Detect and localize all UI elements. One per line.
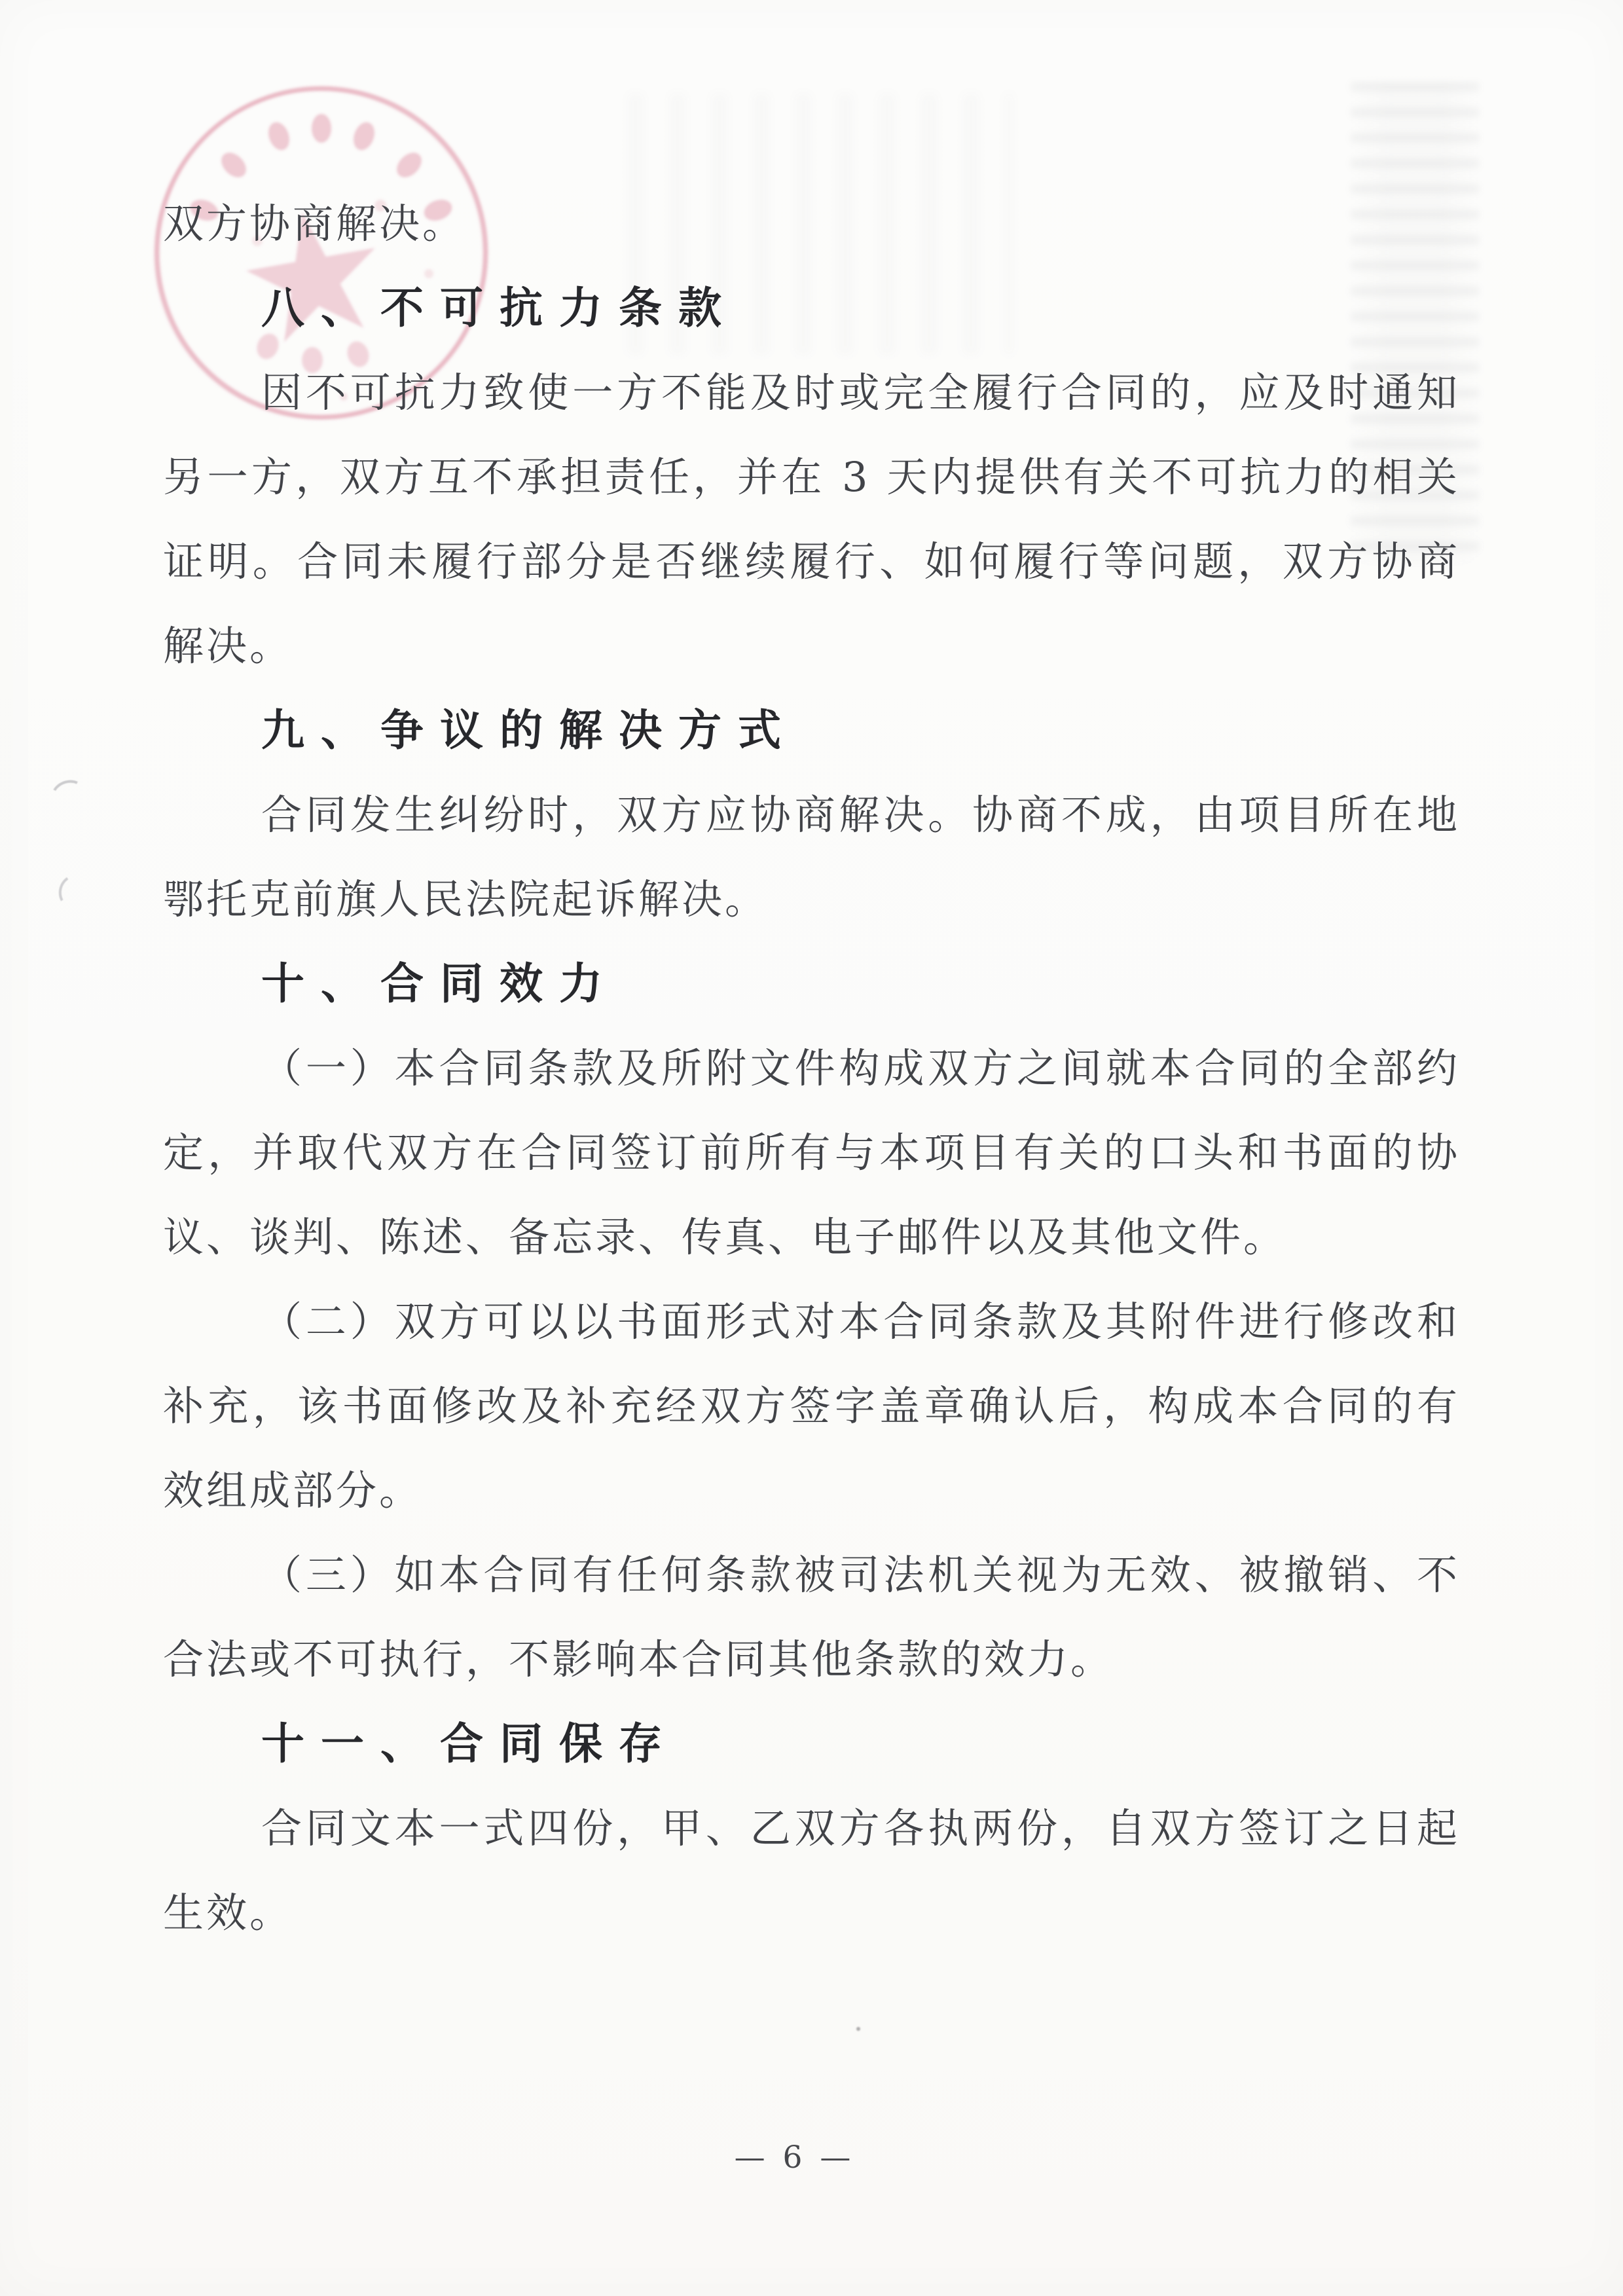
paragraph-line: 因不可抗力致使一方不能及时或完全履行合同的，应及时通知 xyxy=(163,350,1460,435)
paragraph-line: 合同发生纠纷时，双方应协商解决。协商不成，由项目所在地 xyxy=(163,773,1460,857)
paragraph-line: 生效。 xyxy=(163,1870,1460,1955)
paragraph-line: 鄂托克前旗人民法院起诉解决。 xyxy=(163,857,1460,941)
paragraph-line: 补充，该书面修改及补充经双方签字盖章确认后，构成本合同的有 xyxy=(163,1364,1460,1448)
contract-body: 双方协商解决。 八、不可抗力条款 因不可抗力致使一方不能及时或完全履行合同的，应… xyxy=(163,181,1460,1955)
paragraph-line: 解决。 xyxy=(163,604,1460,688)
section-heading-9: 九、争议的解决方式 xyxy=(163,688,1460,773)
paragraph-line: 定，并取代双方在合同签订前所有与本项目有关的口头和书面的协 xyxy=(163,1110,1460,1195)
paragraph-line: 证明。合同未履行部分是否继续履行、如何履行等问题，双方协商 xyxy=(163,519,1460,604)
scan-artifact-dot xyxy=(856,2027,860,2031)
paragraph-line: 合同文本一式四份，甲、乙双方各执两份，自双方签订之日起 xyxy=(163,1786,1460,1870)
paragraph-line: 合法或不可执行，不影响本合同其他条款的效力。 xyxy=(163,1617,1460,1702)
page-number: — 6 — xyxy=(0,2140,1589,2176)
paragraph-line: （二）双方可以以书面形式对本合同条款及其附件进行修改和 xyxy=(163,1279,1460,1364)
scan-artifact-margin-mark xyxy=(55,871,92,912)
paragraph-line: （一）本合同条款及所附文件构成双方之间就本合同的全部约 xyxy=(163,1026,1460,1110)
paragraph-line: 效组成部分。 xyxy=(163,1448,1460,1533)
section-heading-10: 十、合同效力 xyxy=(163,941,1460,1026)
section-heading-8: 八、不可抗力条款 xyxy=(163,266,1460,350)
paragraph-line: 另一方，双方互不承担责任，并在 3 天内提供有关不可抗力的相关 xyxy=(163,435,1460,519)
paragraph-line: 双方协商解决。 xyxy=(163,181,1460,266)
paragraph-line: （三）如本合同有任何条款被司法机关视为无效、被撤销、不 xyxy=(163,1533,1460,1617)
scan-artifact-margin-mark xyxy=(47,776,90,815)
scanned-contract-page: 双方协商解决。 八、不可抗力条款 因不可抗力致使一方不能及时或完全履行合同的，应… xyxy=(0,0,1623,2296)
section-heading-11: 十一、合同保存 xyxy=(163,1702,1460,1786)
paragraph-line: 议、谈判、陈述、备忘录、传真、电子邮件以及其他文件。 xyxy=(163,1195,1460,1279)
